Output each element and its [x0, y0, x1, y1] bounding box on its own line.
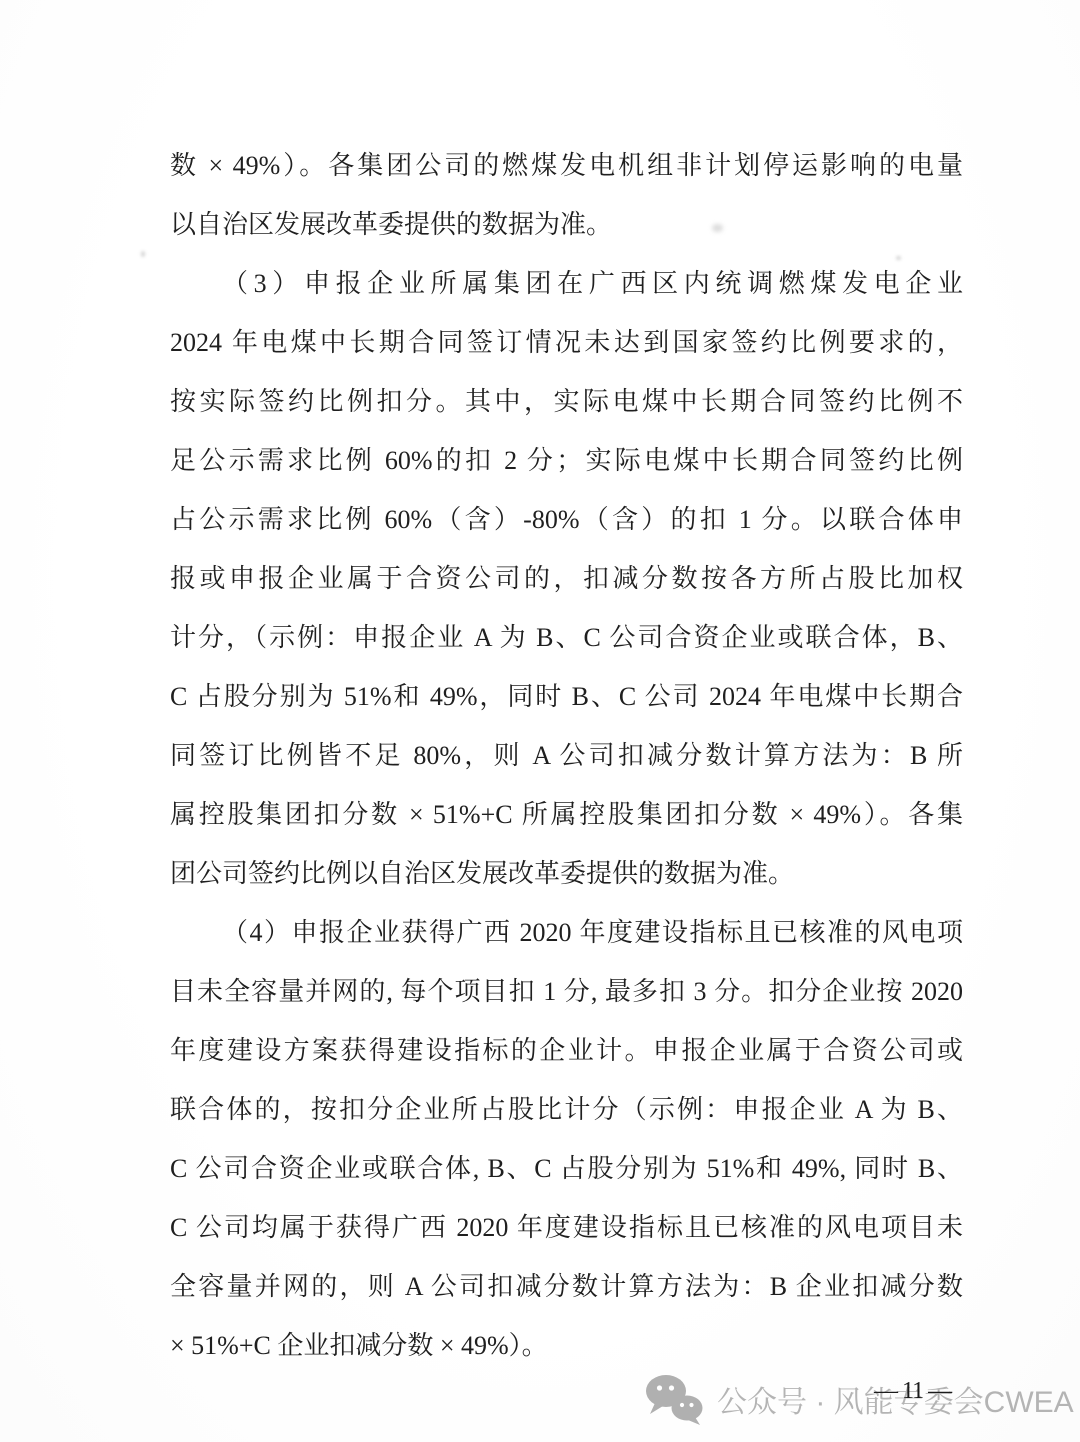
text-line-11: 同签订比例皆不足 80%，则 A 公司扣减分数计算方法为：B 所 [170, 726, 963, 785]
text-line-19: C 公司均属于获得广西 2020 年度建设指标且已核准的风电项目未 [170, 1198, 963, 1257]
text-line-3: （3）申报企业所属集团在广西区内统调燃煤发电企业 [170, 254, 963, 313]
wechat-icon [643, 1372, 705, 1426]
text-line-5: 按实际签约比例扣分。其中，实际电煤中长期合同签约比例不 [170, 372, 963, 431]
text-line-8: 报或申报企业属于合资公司的，扣减分数按各方所占股比加权 [170, 549, 963, 608]
scan-artifact [712, 224, 723, 232]
wechat-watermark: 公众号 · 风能专委会CWEA [643, 1372, 1074, 1426]
text-line-18: C 公司合资企业或联合体, B、C 占股分别为 51%和 49%, 同时 B、 [170, 1139, 963, 1198]
text-line-15: 目未全容量并网的, 每个项目扣 1 分, 最多扣 3 分。扣分企业按 2020 [170, 962, 963, 1021]
text-line-9: 计分，（示例：申报企业 A 为 B、C 公司合资企业或联合体，B、 [170, 608, 963, 667]
scanned-document-page: 数 × 49%）。各集团公司的燃煤发电机组非计划停运影响的电量以自治区发展改革委… [0, 0, 1080, 1442]
scan-artifact [896, 256, 901, 260]
text-line-1: 数 × 49%）。各集团公司的燃煤发电机组非计划停运影响的电量 [170, 136, 963, 195]
text-line-20: 全容量并网的，则 A 公司扣减分数计算方法为：B 企业扣减分数 [170, 1257, 963, 1316]
scan-artifact [141, 251, 145, 257]
text-line-6: 足公示需求比例 60%的扣 2 分；实际电煤中长期合同签约比例 [170, 431, 963, 490]
text-line-10: C 占股分别为 51%和 49%，同时 B、C 公司 2024 年电煤中长期合 [170, 667, 963, 726]
page-number: — 11 — [874, 1374, 951, 1408]
text-line-2: 以自治区发展改革委提供的数据为准。 [170, 195, 963, 254]
document-body: 数 × 49%）。各集团公司的燃煤发电机组非计划停运影响的电量以自治区发展改革委… [170, 136, 963, 1375]
text-line-16: 年度建设方案获得建设指标的企业计。申报企业属于合资公司或 [170, 1021, 963, 1080]
text-line-14: （4）申报企业获得广西 2020 年度建设指标且已核准的风电项 [170, 903, 963, 962]
text-line-13: 团公司签约比例以自治区发展改革委提供的数据为准。 [170, 844, 963, 903]
text-line-7: 占公示需求比例 60%（含）-80%（含）的扣 1 分。以联合体申 [170, 490, 963, 549]
page-footer: 公众号 · 风能专委会CWEA — 11 — [0, 1366, 1080, 1432]
text-line-17: 联合体的，按扣分企业所占股比计分（示例：申报企业 A 为 B、 [170, 1080, 963, 1139]
text-line-12: 属控股集团扣分数 × 51%+C 所属控股集团扣分数 × 49%）。各集 [170, 785, 963, 844]
text-line-4: 2024 年电煤中长期合同签订情况未达到国家签约比例要求的， [170, 313, 963, 372]
